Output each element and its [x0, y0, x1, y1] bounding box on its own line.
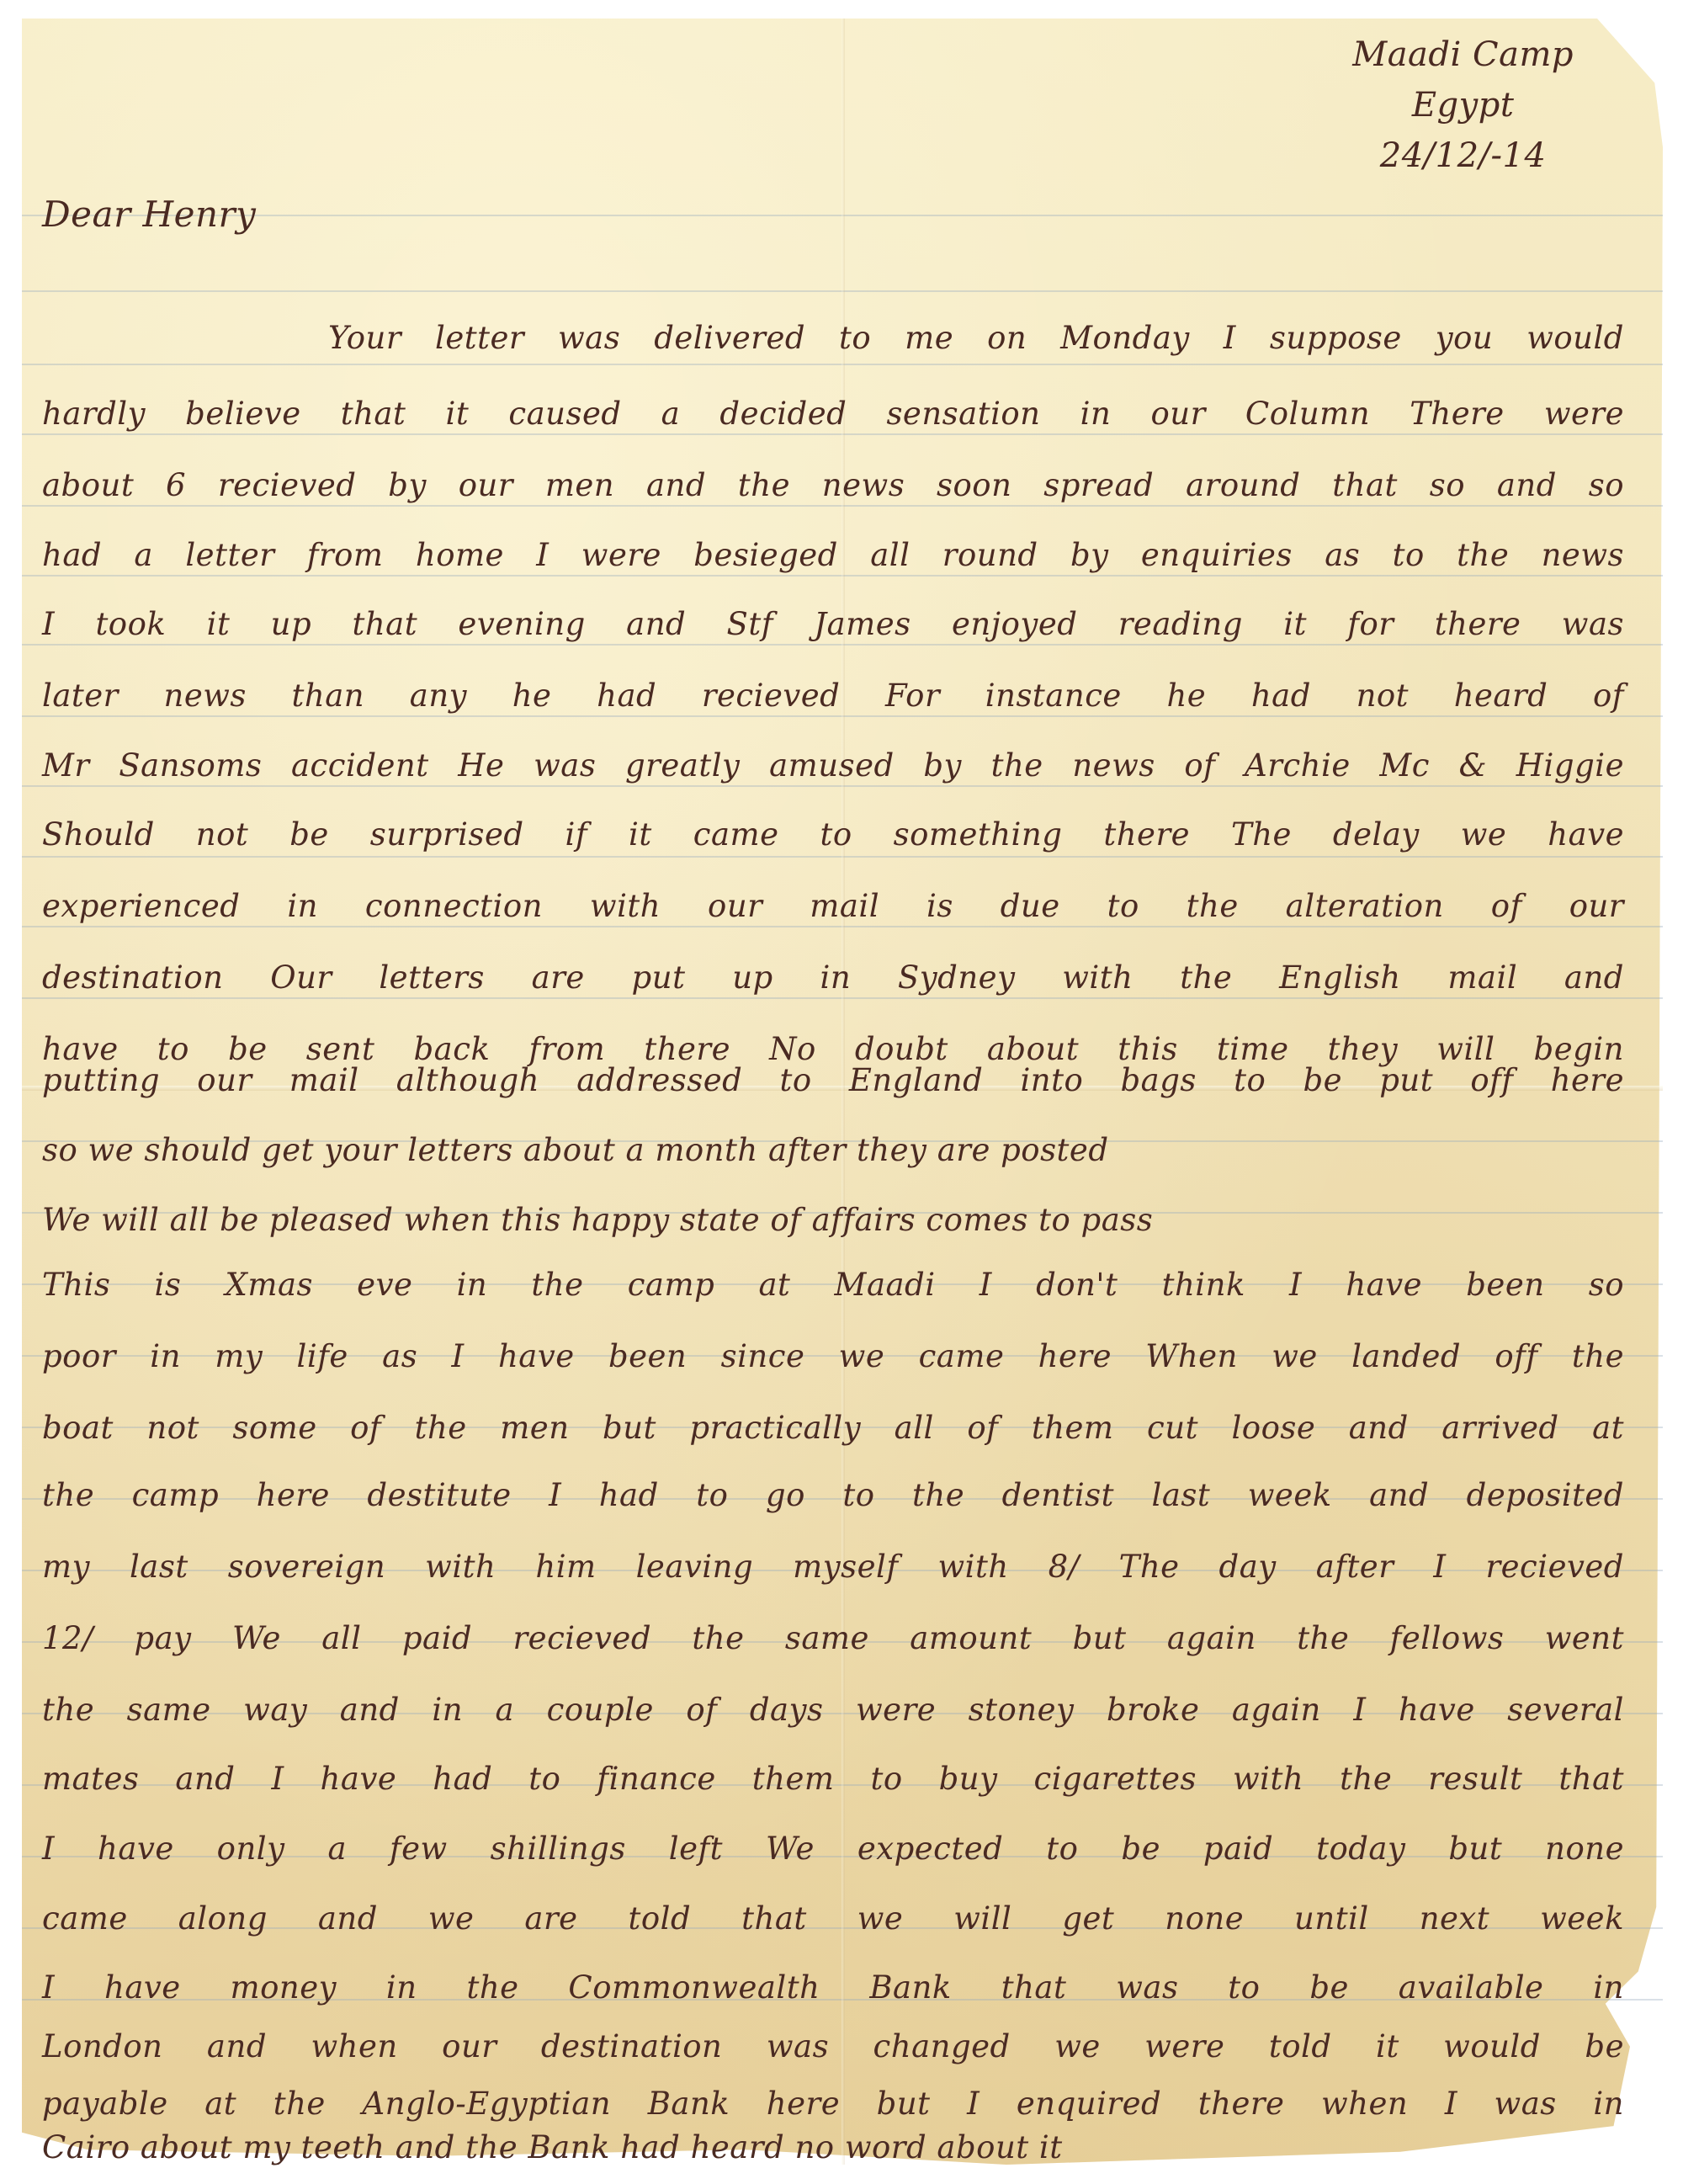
- letter-line: hardly believe that it caused a decided …: [42, 396, 1624, 432]
- letter-line: I have money in the Commonwealth Bank th…: [42, 1969, 1624, 2006]
- letter-line: We will all be pleased when this happy s…: [42, 1202, 1624, 1238]
- letter-line: later news than any he had recieved For …: [42, 678, 1624, 714]
- letter-line: experienced in connection with our mail …: [42, 888, 1624, 924]
- letter-line: boat not some of the men but practically…: [42, 1410, 1624, 1446]
- letter-line: putting our mail although addressed to E…: [42, 1062, 1624, 1098]
- letter-line: I took it up that evening and Stf James …: [42, 606, 1624, 642]
- letter-line: payable at the Anglo-Egyptian Bank here …: [42, 2086, 1624, 2122]
- heading-country: Egypt: [1352, 80, 1574, 130]
- letter-line: the same way and in a couple of days wer…: [42, 1692, 1624, 1728]
- letter-line: had a letter from home I were besieged a…: [42, 537, 1624, 573]
- heading-place: Maadi Camp: [1352, 29, 1574, 80]
- letter-line: about 6 recieved by our men and the news…: [42, 467, 1624, 503]
- letter-line: London and when our destination was chan…: [42, 2028, 1624, 2064]
- letter-line: This is Xmas eve in the camp at Maadi I …: [42, 1267, 1624, 1303]
- letter-line: so we should get your letters about a mo…: [42, 1132, 1624, 1168]
- letter-line: 12/ pay We all paid recieved the same am…: [42, 1620, 1624, 1656]
- letter-line: Mr Sansoms accident He was greatly amuse…: [42, 747, 1624, 784]
- salutation: Dear Henry: [42, 194, 256, 235]
- letter-line: poor in my life as I have been since we …: [42, 1338, 1624, 1374]
- letter-line: I have only a few shillings left We expe…: [42, 1831, 1624, 1867]
- heading-date: 24/12/-14: [1352, 130, 1574, 181]
- letter-line: Your letter was delivered to me on Monda…: [328, 320, 1624, 356]
- letter-line: my last sovereign with him leaving mysel…: [42, 1549, 1624, 1585]
- letter-line: Should not be surprised if it came to so…: [42, 816, 1624, 853]
- letter-line: came along and we are told that we will …: [42, 1900, 1624, 1937]
- letter-heading: Maadi Camp Egypt 24/12/-14: [1352, 29, 1574, 181]
- letter-line: Cairo about my teeth and the Bank had he…: [42, 2129, 1624, 2165]
- letter-line: mates and I have had to finance them to …: [42, 1761, 1624, 1797]
- letter-line: the camp here destitute I had to go to t…: [42, 1477, 1624, 1513]
- letter-line: destination Our letters are put up in Sy…: [42, 959, 1624, 996]
